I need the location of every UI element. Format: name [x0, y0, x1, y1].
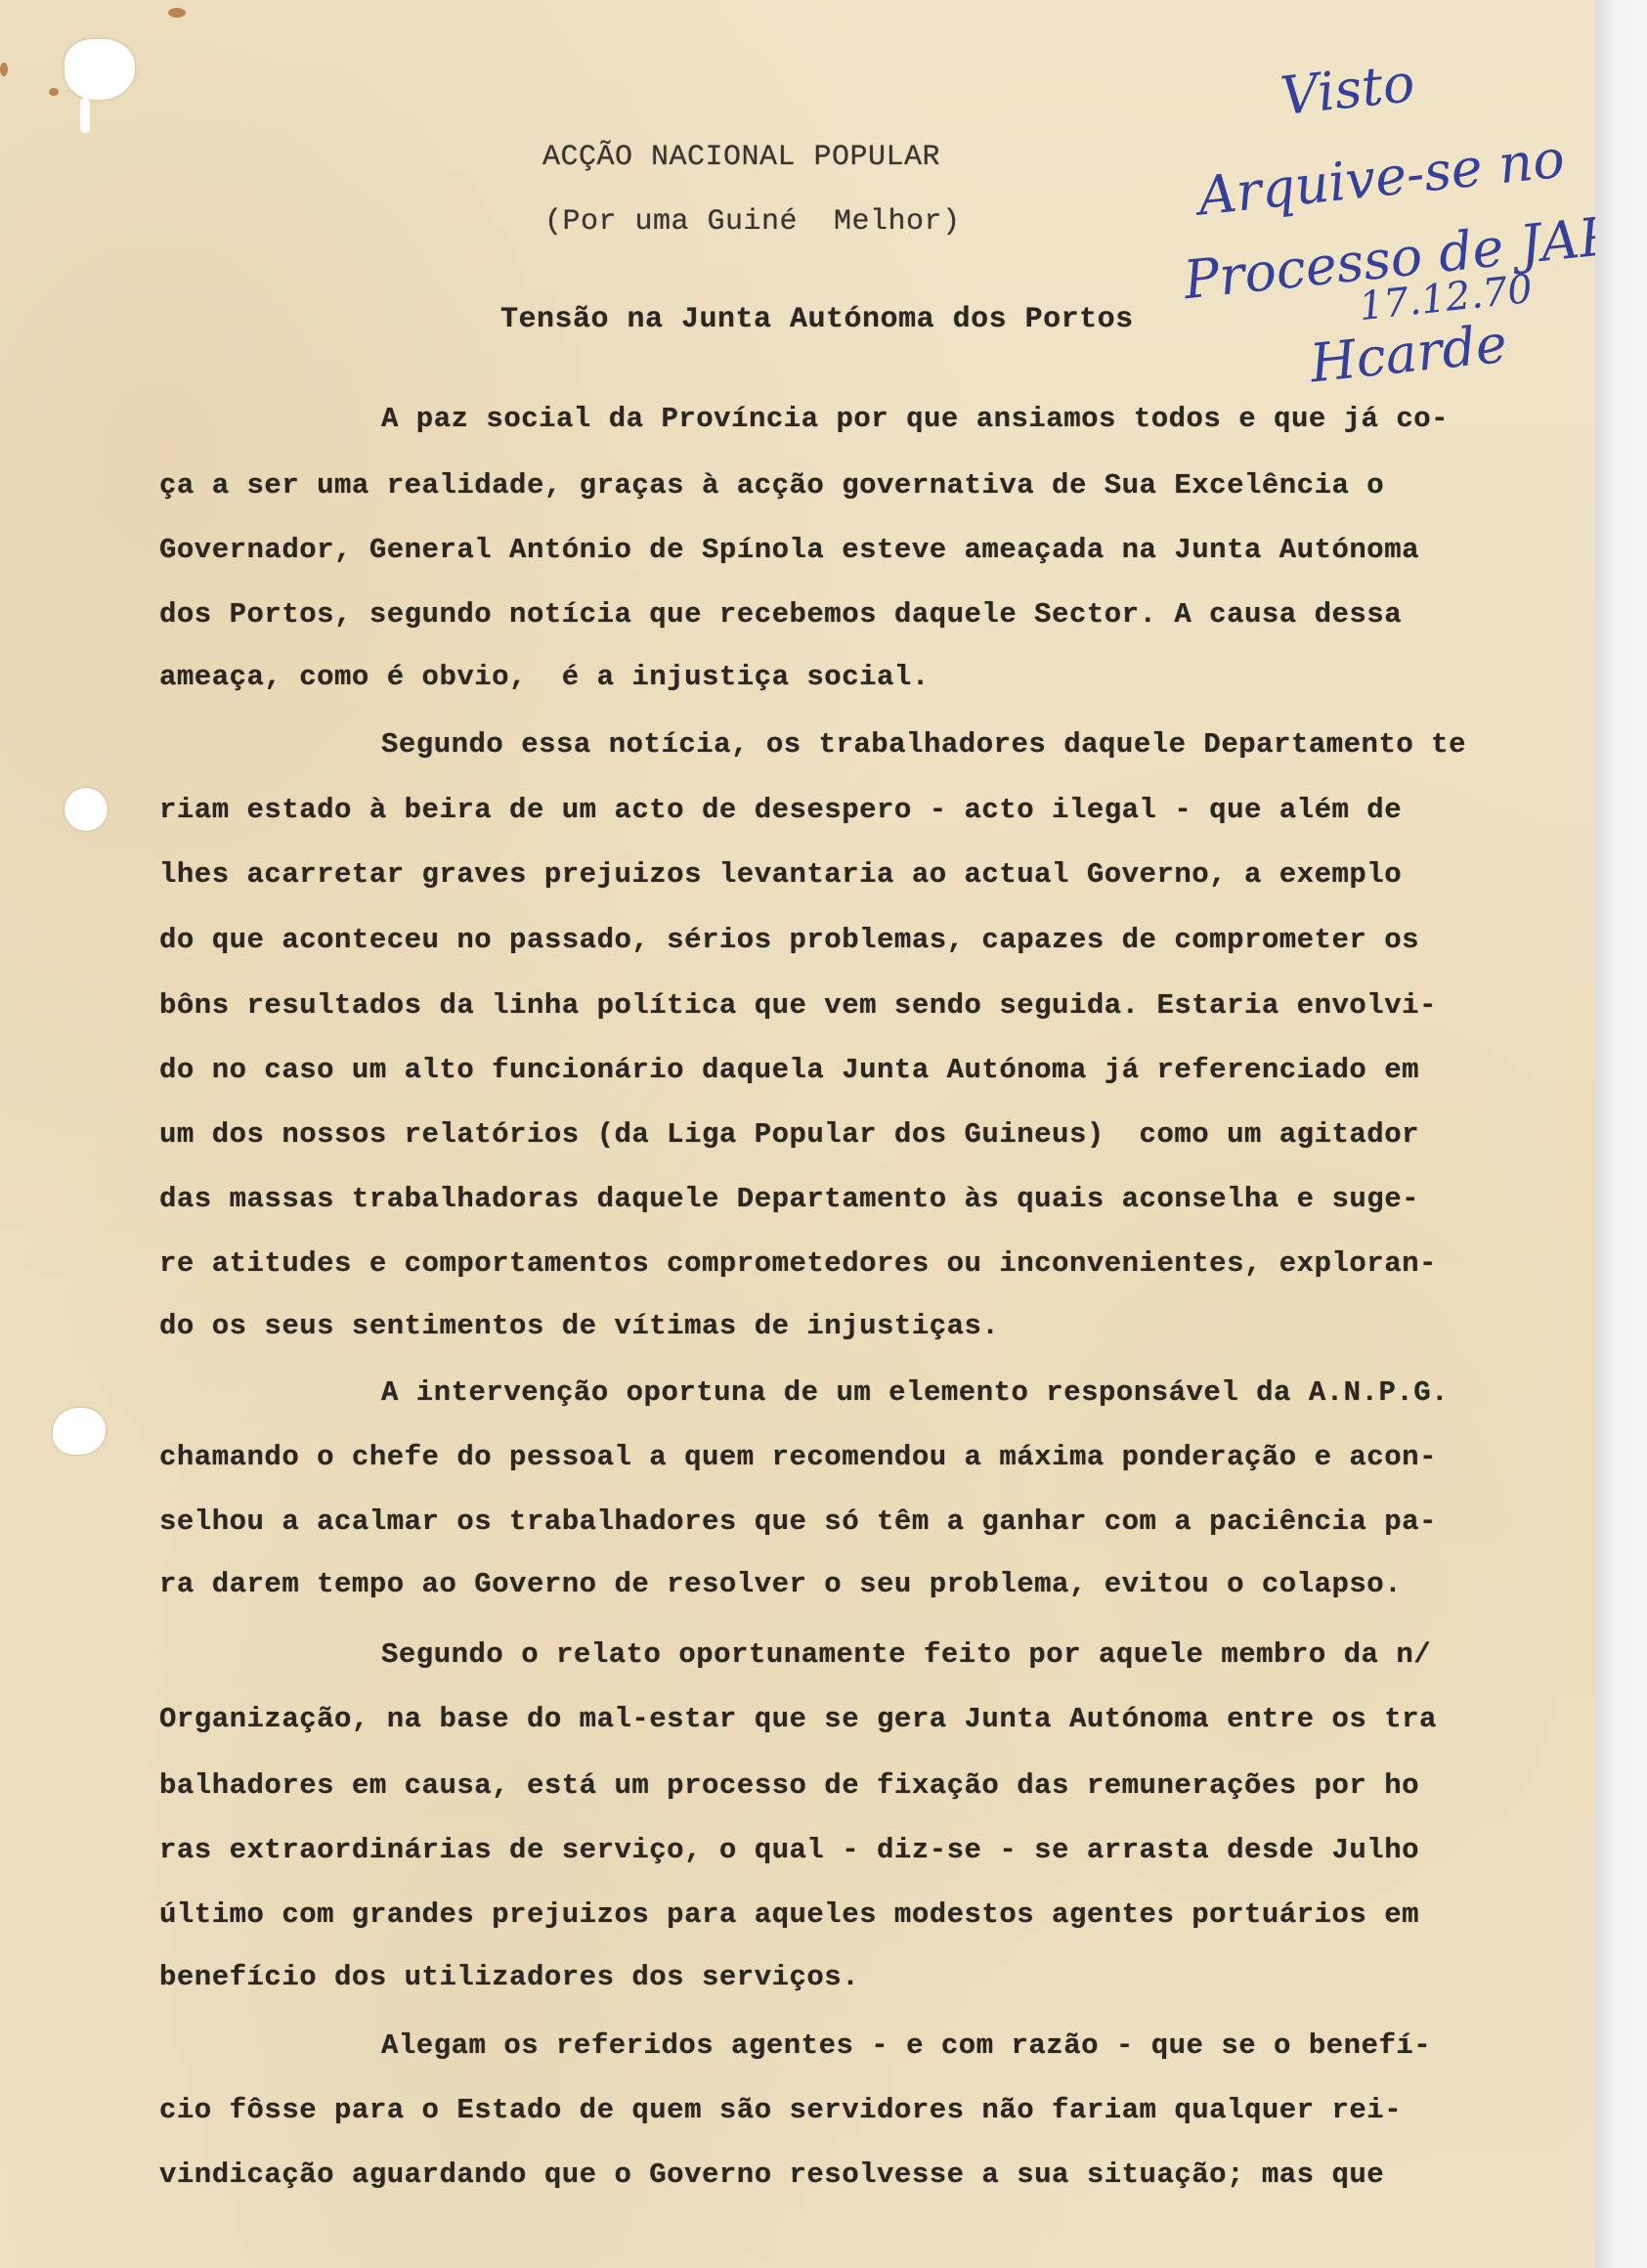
rust-stain	[49, 88, 59, 96]
organization-motto: (Por uma Guiné Melhor)	[544, 205, 961, 239]
annotation-signature: Hcarde	[1307, 313, 1509, 395]
text-line: último com grandes prejuizos para aquele…	[159, 1898, 1586, 1931]
text-line: ça a ser uma realidade, graças à acção g…	[159, 469, 1586, 502]
text-line: do os seus sentimentos de vítimas de inj…	[159, 1310, 1586, 1342]
text-line: do que aconteceu no passado, sérios prob…	[159, 924, 1586, 956]
text-line: do no caso um alto funcionário daquela J…	[159, 1054, 1586, 1086]
text-line: bôns resultados da linha política que ve…	[159, 989, 1586, 1022]
text-line: Alegam os referidos agentes - e com razã…	[381, 2029, 1647, 2062]
annotation-visto: Visto	[1278, 52, 1417, 127]
text-line: Organização, na base do mal-estar que se…	[159, 1703, 1586, 1735]
document-title: Tensão na Junta Autónoma dos Portos	[500, 303, 1134, 336]
text-line: das massas trabalhadoras daquele Departa…	[159, 1183, 1586, 1215]
organization-name: ACÇÃO NACIONAL POPULAR	[542, 141, 940, 174]
text-line: chamando o chefe do pessoal a quem recom…	[159, 1441, 1586, 1473]
rust-stain	[168, 8, 186, 18]
text-line: um dos nossos relatórios (da Liga Popula…	[159, 1118, 1586, 1151]
annotation-archive: Arquive-se no	[1195, 128, 1568, 228]
text-line: Segundo o relato oportunamente feito por…	[381, 1638, 1647, 1671]
text-line: selhou a acalmar os trabalhadores que só…	[159, 1505, 1586, 1538]
text-line: ameaça, como é obvio, é a injustiça soci…	[159, 661, 1586, 693]
text-line: dos Portos, segundo notícia que recebemo…	[159, 598, 1586, 631]
scan-background	[1595, 0, 1647, 2268]
rust-stain	[0, 63, 8, 76]
text-line: Governador, General António de Spínola e…	[159, 534, 1586, 566]
paper-tear	[80, 98, 90, 133]
document-page: ACÇÃO NACIONAL POPULAR (Por uma Guiné Me…	[0, 0, 1597, 2268]
text-line: vindicação aguardando que o Governo reso…	[159, 2159, 1586, 2191]
text-line: A intervenção oportuna de um elemento re…	[381, 1376, 1647, 1409]
text-line: A paz social da Província por que ansiam…	[381, 403, 1647, 435]
text-line: balhadores em causa, está um processo de…	[159, 1769, 1586, 1802]
text-line: ra darem tempo ao Governo de resolver o …	[159, 1568, 1586, 1600]
punch-hole	[65, 788, 108, 831]
text-line: Segundo essa notícia, os trabalhadores d…	[381, 728, 1647, 761]
text-line: benefício dos utilizadores dos serviços.	[159, 1961, 1586, 1993]
text-line: re atitudes e comportamentos comprometed…	[159, 1247, 1586, 1280]
text-line: riam estado à beira de um acto de desesp…	[159, 794, 1586, 826]
text-line: ras extraordinárias de serviço, o qual -…	[159, 1834, 1586, 1866]
text-line: lhes acarretar graves prejuizos levantar…	[159, 858, 1586, 891]
paper-tear	[65, 39, 135, 100]
punch-hole	[53, 1408, 106, 1455]
text-line: cio fôsse para o Estado de quem são serv…	[159, 2094, 1586, 2126]
